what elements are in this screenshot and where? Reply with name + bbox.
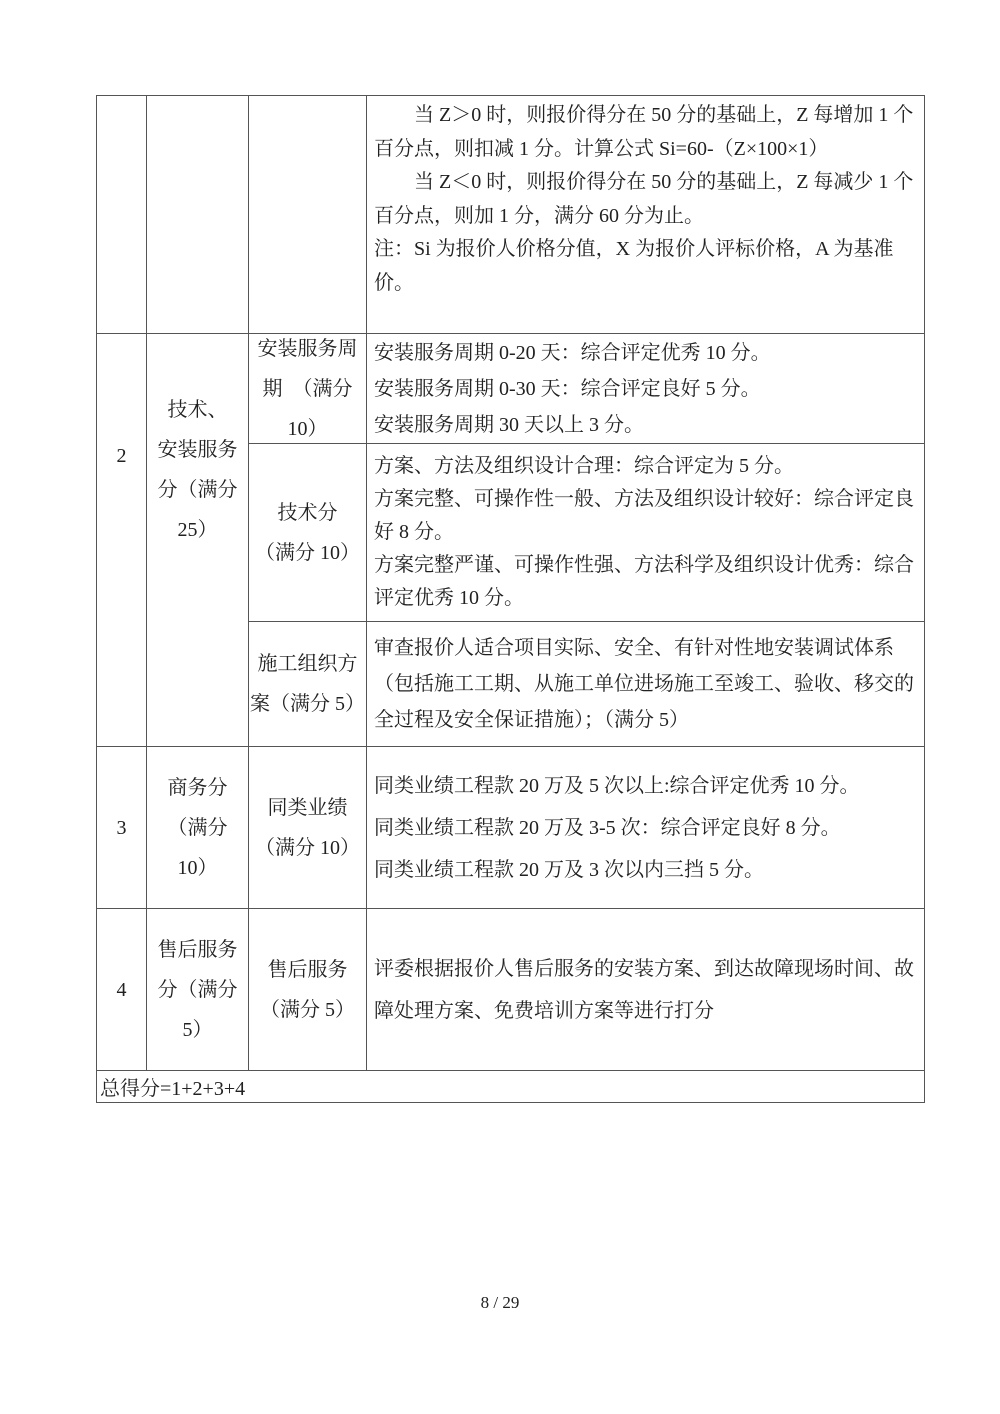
page-number: 8 / 29: [0, 1293, 1000, 1313]
item-cell-construction-plan: 施工组织方 案（满分 5）: [249, 622, 367, 747]
category-line: 商务分: [168, 768, 228, 808]
row-number-cell: 2: [97, 334, 147, 747]
empty-category-cell: [147, 96, 249, 334]
item-line: （满分 10）: [255, 533, 360, 573]
row-number: 4: [117, 970, 127, 1010]
category-cell-commercial: 商务分 （满分 10）: [147, 747, 249, 909]
category-line: 技术、: [168, 390, 228, 430]
criteria-paragraph: 同类业绩工程款 20 万及 3 次以内三挡 5 分。: [374, 849, 919, 891]
row-number: 2: [117, 436, 127, 476]
empty-number-cell: [97, 96, 147, 334]
evaluation-table: 当 Z＞0 时，则报价得分在 50 分的基础上，Z 每增加 1 个百分点，则扣减…: [96, 95, 925, 1103]
criteria-paragraph: 当 Z＞0 时，则报价得分在 50 分的基础上，Z 每增加 1 个百分点，则扣减…: [374, 99, 919, 166]
category-line: 售后服务: [158, 930, 238, 970]
category-line: 安装服务: [158, 430, 238, 470]
item-cell-technical-score: 技术分 （满分 10）: [249, 444, 367, 622]
item-line: 期 （满分: [263, 369, 353, 409]
item-line: 技术分: [278, 493, 338, 533]
category-line: （满分: [168, 808, 228, 848]
criteria-cell-after-sales: 评委根据报价人售后服务的安装方案、到达故障现场时间、故障处理方案、免费培训方案等…: [367, 909, 924, 1071]
category-cell-after-sales: 售后服务 分（满分 5）: [147, 909, 249, 1071]
criteria-cell-construction-plan: 审查报价人适合项目实际、安全、有针对性地安装调试体系（包括施工工期、从施工单位进…: [367, 622, 924, 747]
criteria-paragraph: 审查报价人适合项目实际、安全、有针对性地安装调试体系（包括施工工期、从施工单位进…: [374, 630, 919, 738]
criteria-paragraph: 方案完整、可操作性一般、方法及组织设计较好：综合评定良好 8 分。: [374, 483, 919, 549]
criteria-cell-installation-period: 安装服务周期 0-20 天：综合评定优秀 10 分。 安装服务周期 0-30 天…: [367, 334, 924, 444]
criteria-cell-technical-score: 方案、方法及组织设计合理：综合评定为 5 分。 方案完整、可操作性一般、方法及组…: [367, 444, 924, 622]
item-line: 施工组织方: [258, 644, 358, 684]
criteria-paragraph: 安装服务周期 0-20 天：综合评定优秀 10 分。: [374, 335, 919, 371]
item-line: （满分 5）: [260, 990, 355, 1030]
price-score-criteria-cell: 当 Z＞0 时，则报价得分在 50 分的基础上，Z 每增加 1 个百分点，则扣减…: [367, 96, 924, 334]
criteria-paragraph: 方案、方法及组织设计合理：综合评定为 5 分。: [374, 450, 919, 483]
row-number-cell: 3: [97, 747, 147, 909]
item-line: 售后服务: [268, 950, 348, 990]
total-score-row: 总得分=1+2+3+4: [97, 1071, 924, 1102]
item-cell-after-sales: 售后服务 （满分 5）: [249, 909, 367, 1071]
row-number: 3: [117, 808, 127, 848]
criteria-paragraph: 同类业绩工程款 20 万及 3-5 次：综合评定良好 8 分。: [374, 807, 919, 849]
item-cell-installation-period: 安装服务周 期 （满分 10）: [249, 334, 367, 444]
empty-item-cell: [249, 96, 367, 334]
criteria-paragraph: 注：Si 为报价人价格分值，X 为报价人评标价格，A 为基准价。: [374, 233, 919, 300]
item-line: 同类业绩: [268, 788, 348, 828]
category-cell-technical: 技术、 安装服务 分（满分 25）: [147, 334, 249, 747]
category-line: 25）: [178, 510, 218, 550]
item-line: 10）: [288, 409, 328, 445]
criteria-paragraph: 方案完整严谨、可操作性强、方法科学及组织设计优秀：综合评定优秀 10 分。: [374, 549, 919, 615]
criteria-paragraph: 同类业绩工程款 20 万及 5 次以上:综合评定优秀 10 分。: [374, 765, 919, 807]
item-line: （满分 10）: [255, 828, 360, 868]
document-page: 当 Z＞0 时，则报价得分在 50 分的基础上，Z 每增加 1 个百分点，则扣减…: [0, 0, 1000, 1414]
criteria-cell-similar-performance: 同类业绩工程款 20 万及 5 次以上:综合评定优秀 10 分。 同类业绩工程款…: [367, 747, 924, 909]
category-line: 分（满分: [158, 970, 238, 1010]
criteria-paragraph: 安装服务周期 0-30 天：综合评定良好 5 分。: [374, 371, 919, 407]
criteria-paragraph: 安装服务周期 30 天以上 3 分。: [374, 407, 919, 443]
item-cell-similar-performance: 同类业绩 （满分 10）: [249, 747, 367, 909]
item-line: 安装服务周: [258, 334, 358, 369]
criteria-paragraph: 评委根据报价人售后服务的安装方案、到达故障现场时间、故障处理方案、免费培训方案等…: [374, 948, 919, 1032]
row-number-cell: 4: [97, 909, 147, 1071]
category-line: 分（满分: [158, 470, 238, 510]
item-line: 案（满分 5）: [250, 684, 365, 724]
category-line: 10）: [178, 848, 218, 888]
criteria-paragraph: 当 Z＜0 时，则报价得分在 50 分的基础上，Z 每减少 1 个百分点，则加 …: [374, 166, 919, 233]
category-line: 5）: [183, 1010, 213, 1050]
